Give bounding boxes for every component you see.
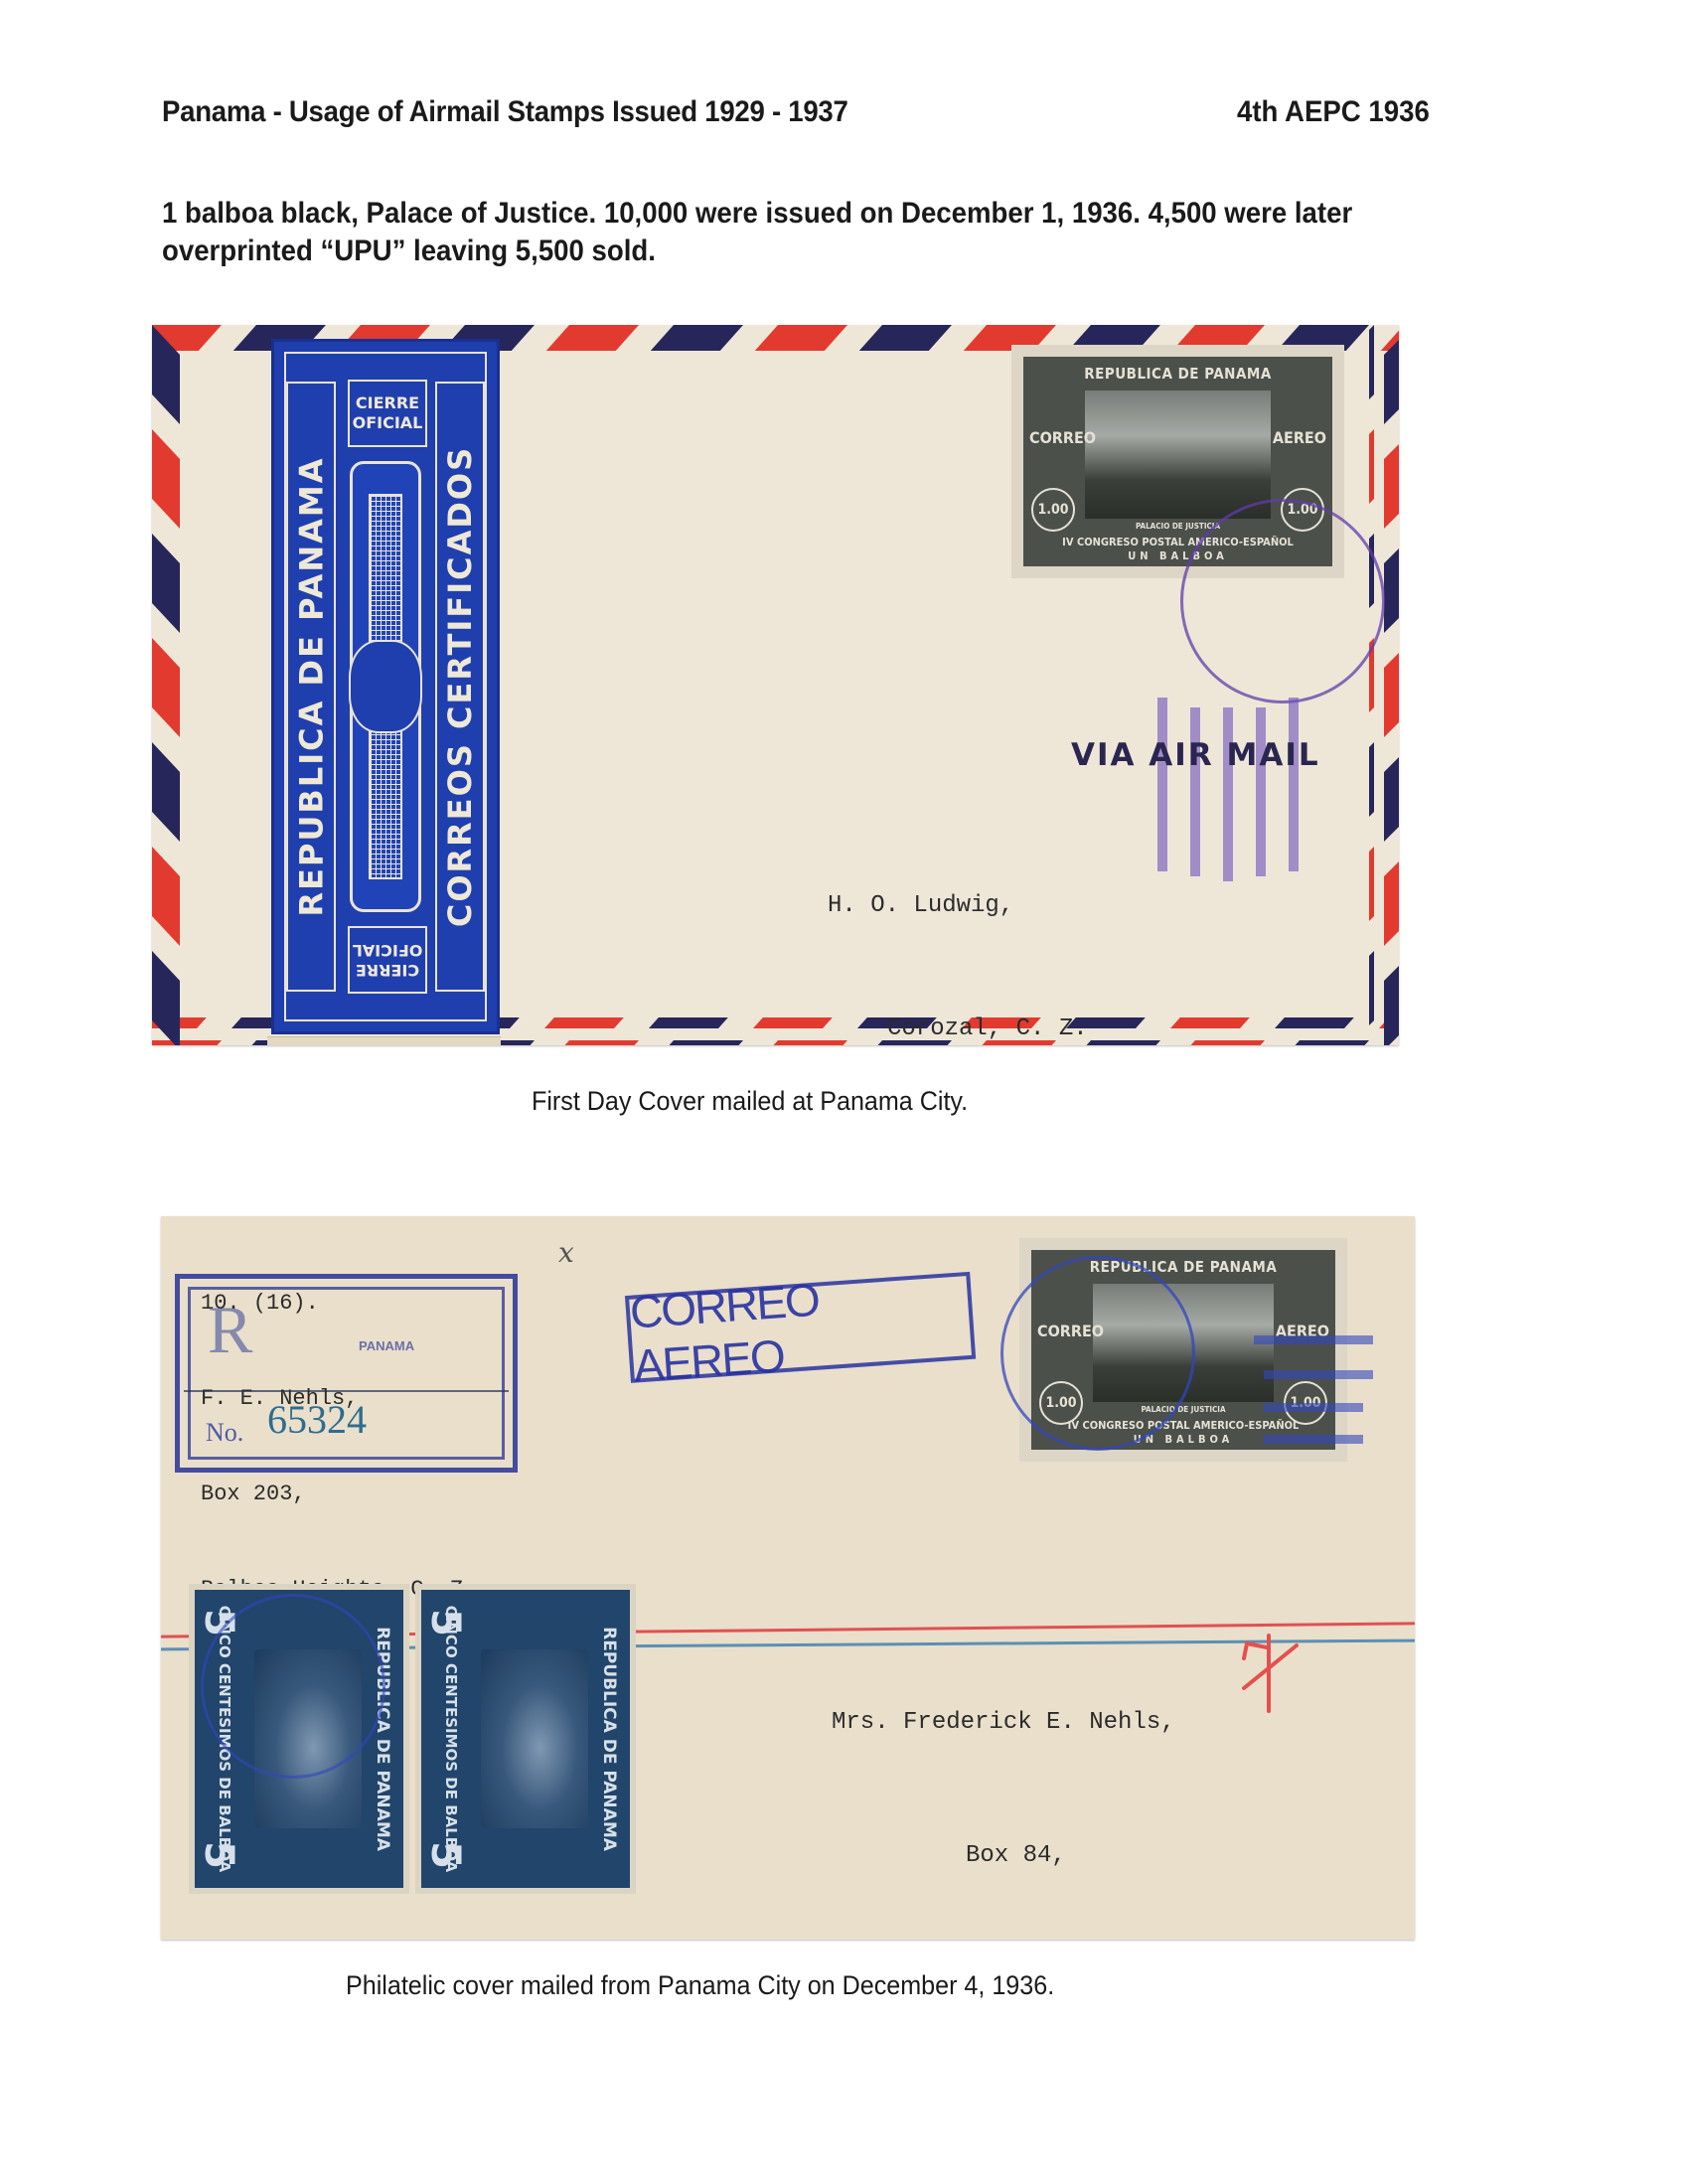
palace-of-justice-image [1085, 390, 1271, 519]
seal-left-text: REPUBLICA DE PANAMA [292, 456, 330, 916]
bolivar-portrait [481, 1649, 588, 1828]
recipient-address: Mrs. Frederick E. Nehls, Box 84, San Car… [832, 1634, 1175, 1940]
killer-bar [1256, 707, 1266, 876]
registration-number: 65324 [267, 1396, 367, 1443]
red-crayon-mark [1239, 1634, 1299, 1713]
official-seal-label: REPUBLICA DE PANAMA CORREOS CERTIFICADOS… [271, 339, 500, 1034]
seal-tab [267, 1036, 501, 1045]
first-day-cover: REPUBLICA DE PANAMA CORREOS CERTIFICADOS… [152, 325, 1399, 1045]
correo-aereo-handstamp: CORREO AEREO [625, 1272, 976, 1383]
page-description: 1 balboa black, Palace of Justice. 10,00… [162, 195, 1378, 270]
exhibit-label: 4th AEPC 1936 [1237, 95, 1430, 129]
seal-bottom-box: CIERRE OFICIAL [348, 926, 427, 994]
philatelic-cover: 10. (16). F. E. Nehls, Box 203, Balboa H… [161, 1216, 1415, 1940]
via-air-mail-handstamp: VIA AIR MAIL [1071, 737, 1320, 773]
killer-bar [1190, 707, 1200, 876]
seal-right-text: CORREOS CERTIFICADOS [441, 446, 479, 927]
killer-bar [1289, 698, 1299, 871]
postmark-circle [201, 1594, 385, 1779]
cover-2-caption: Philatelic cover mailed from Panama City… [346, 1970, 1054, 2001]
page-title: Panama - Usage of Airmail Stamps Issued … [162, 95, 848, 129]
coat-of-arms-icon [349, 640, 422, 733]
postmark-circle [1180, 499, 1385, 703]
pencil-mark: x [558, 1236, 574, 1269]
stamp-5-centesimos: 5 5 REPUBLICA DE PANAMA CINCO CENTESIMOS… [415, 1584, 636, 1894]
killer-bar [1223, 707, 1233, 881]
registration-label: R PANAMA No. 65324 [175, 1274, 518, 1473]
recipient-address: H. O. Ludwig, Corozal, C. Z. [828, 817, 1088, 1045]
killer-bar [1157, 698, 1167, 871]
seal-top-box: CIERRE OFICIAL [348, 380, 427, 447]
postmark-circle [1000, 1256, 1195, 1451]
seal-center-panel [350, 461, 421, 912]
cover-1-caption: First Day Cover mailed at Panama City. [532, 1086, 968, 1117]
